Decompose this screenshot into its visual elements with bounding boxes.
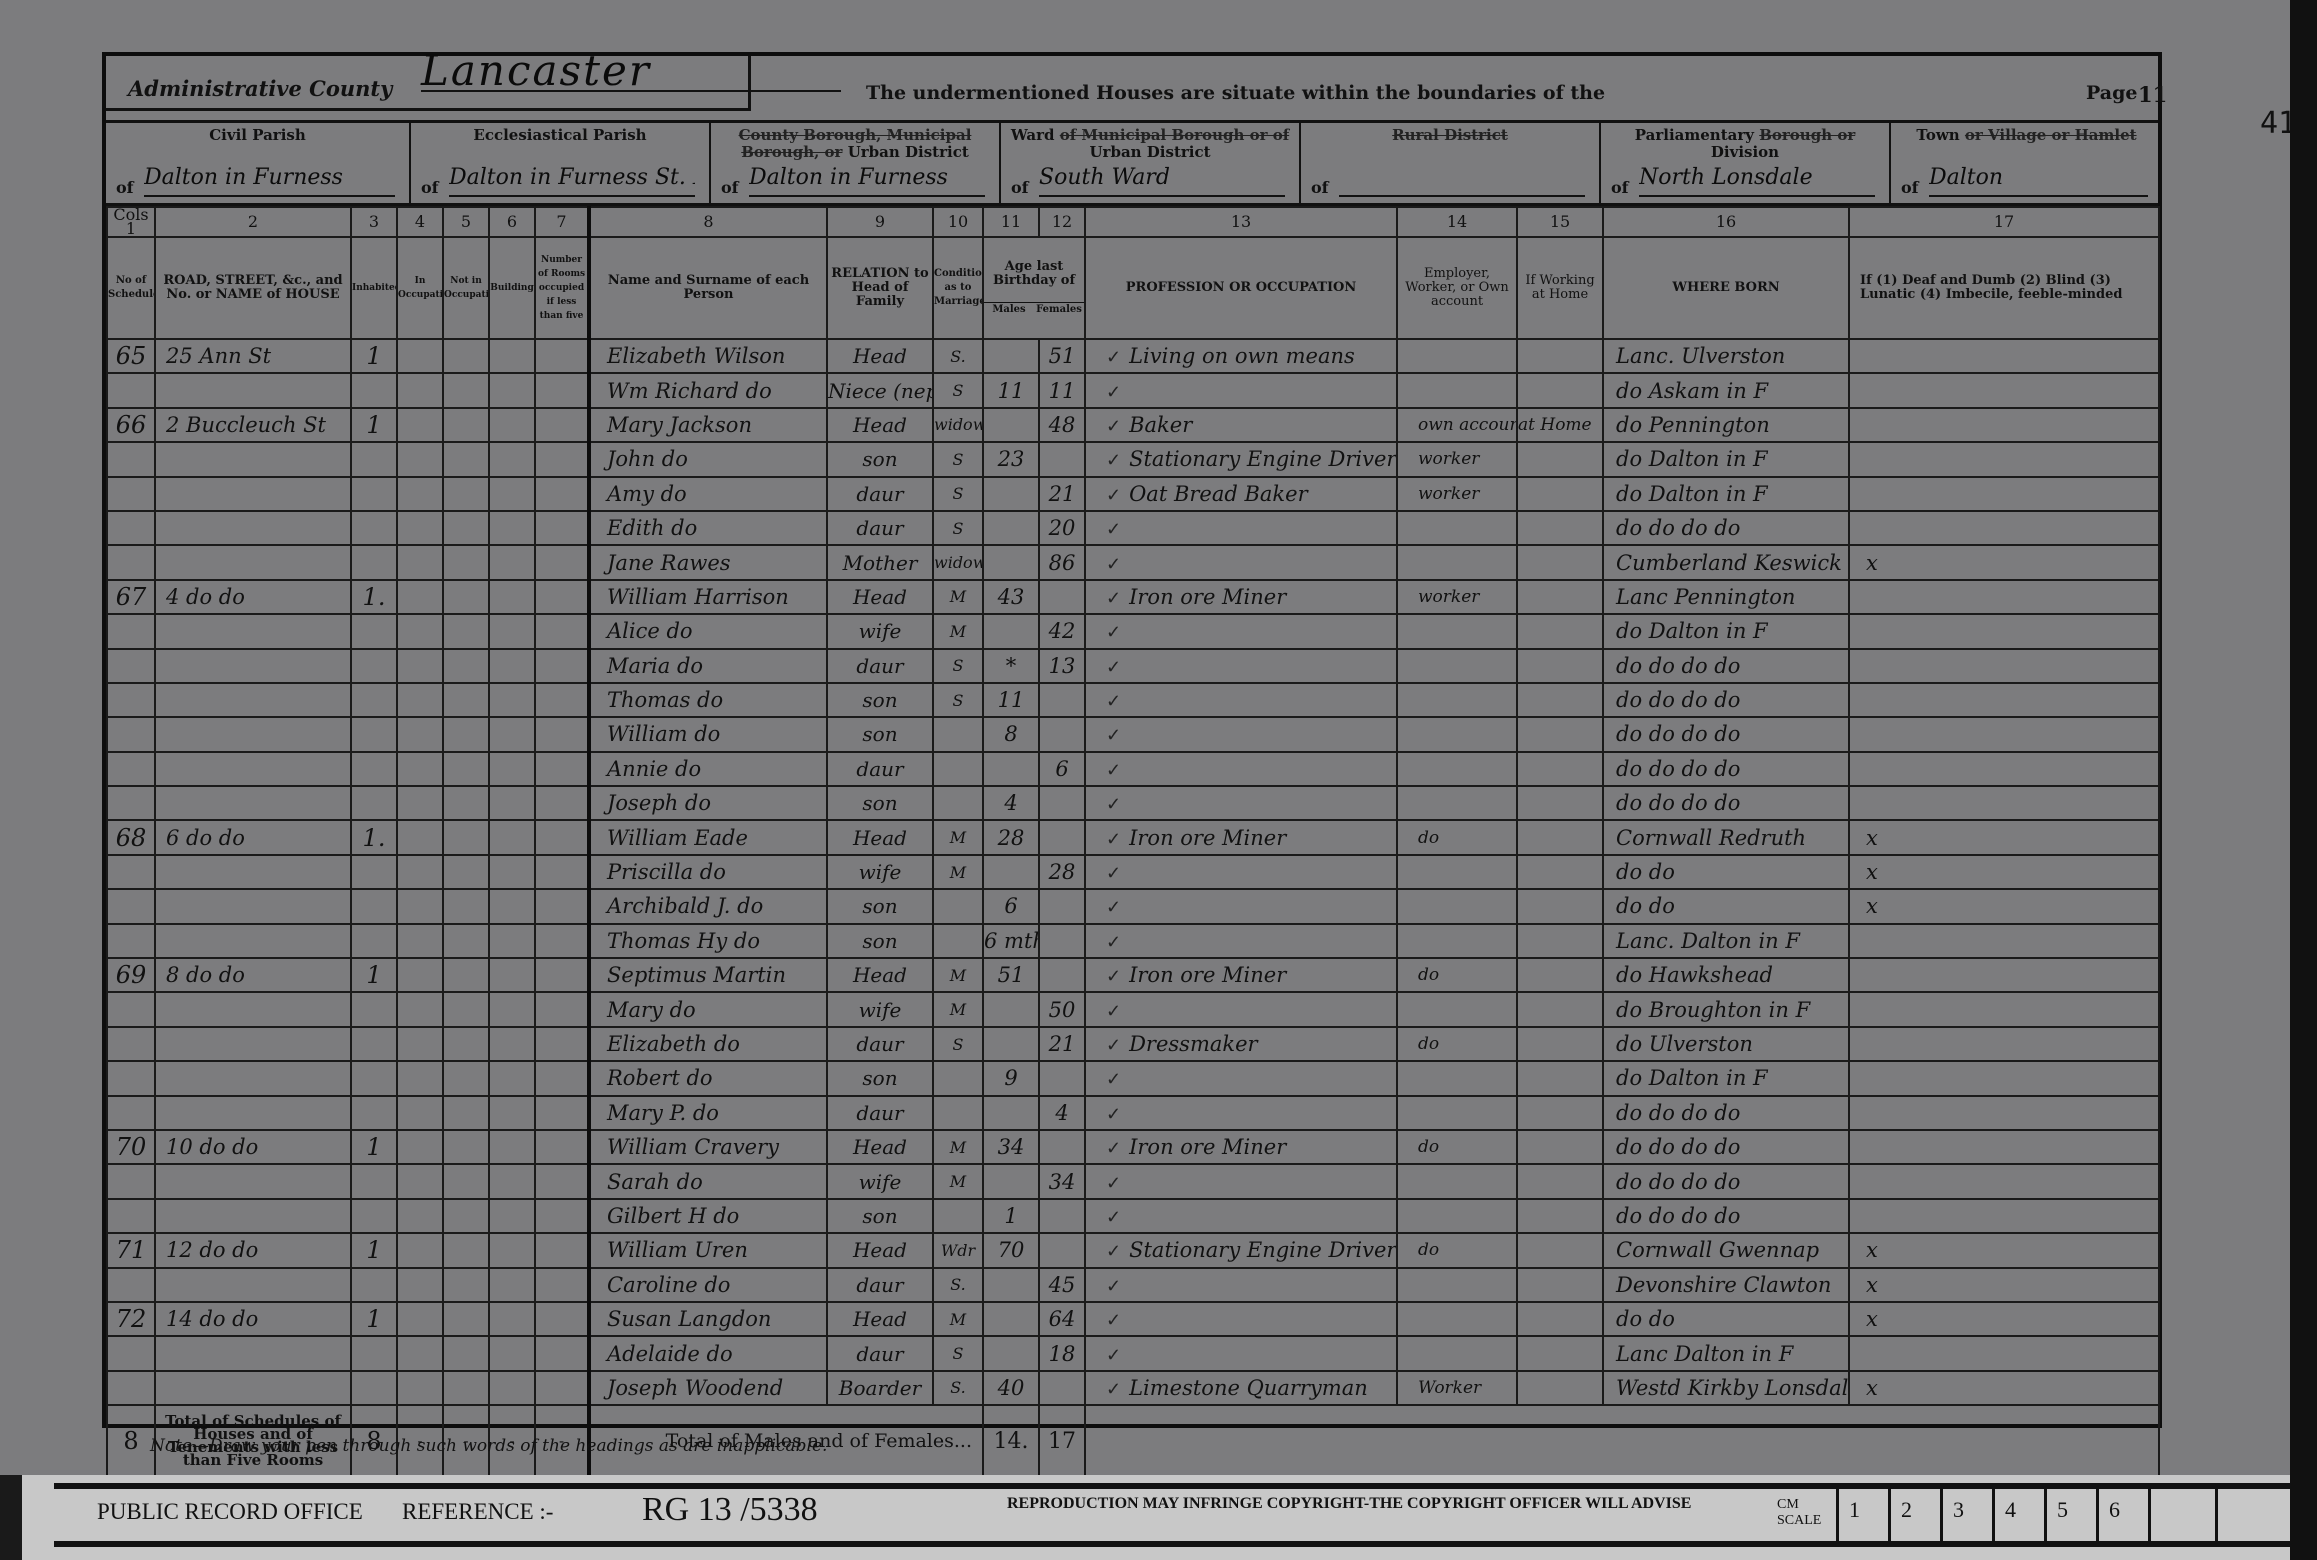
cell-empty [535,820,589,854]
cell-cond: S [933,1027,983,1061]
cell-rel: son [827,442,933,476]
cell-addr [155,683,351,717]
check-mark-icon: ✓ [1106,657,1121,678]
cell-addr [155,1336,351,1370]
cell-m: 43 [983,580,1039,614]
cell-f: 51 [1039,339,1085,373]
cell-empty [443,924,489,958]
cell-emp [1397,992,1517,1026]
cell-inhab: 1 [351,1302,397,1336]
cell-occ: ✓ [1085,752,1397,786]
cell-inf [1849,992,2159,1026]
cell-rel: Head [827,408,933,442]
check-mark-icon: ✓ [1106,1241,1121,1262]
cell-empty [489,924,535,958]
cell-inhab [351,1164,397,1198]
cell-empty [535,1096,589,1130]
cm-scale-label: CMSCALE [1777,1497,1821,1529]
area-3: Ward of Municipal Borough or of Urban Di… [1001,123,1301,203]
cell-name: William Cravery [589,1130,827,1164]
cell-empty [443,992,489,1026]
cell-emp [1397,373,1517,407]
cell-empty [397,717,443,751]
table-row: Joseph doson4✓do do do do [107,786,2159,820]
cell-f: 21 [1039,1027,1085,1061]
check-mark-icon: ✓ [1106,829,1121,850]
area-value: North Lonsdale [1639,165,1875,197]
cell-empty [489,1164,535,1198]
cell-empty [397,442,443,476]
cell-home [1517,1336,1603,1370]
cell-empty [443,580,489,614]
cell-cond: S [933,1336,983,1370]
cell-inf [1849,1164,2159,1198]
cell-sched [107,477,155,511]
cell-inhab [351,683,397,717]
table-row: Mary dowifeM50✓do Broughton in F [107,992,2159,1026]
cell-occ: ✓Iron ore Miner [1085,1130,1397,1164]
area-of-label: of [1011,178,1029,197]
cell-born: do Dalton in F [1603,1061,1849,1095]
cell-inhab: 1 [351,1130,397,1164]
table-row: Adelaide dodaurS18✓Lanc Dalton in F [107,1336,2159,1370]
area-value: Dalton [1929,165,2148,197]
cell-emp [1397,924,1517,958]
cell-empty [535,1233,589,1267]
cell-inhab: 1. [351,580,397,614]
cell-f: 48 [1039,408,1085,442]
cell-sched [107,855,155,889]
cell-f [1039,1130,1085,1164]
cell-name: Robert do [589,1061,827,1095]
cell-emp [1397,752,1517,786]
cell-empty [489,408,535,442]
cell-m [983,1164,1039,1198]
cell-sched [107,1061,155,1095]
cell-empty [535,477,589,511]
area-headings: Civil ParishofDalton in FurnessEcclesias… [106,120,2158,206]
header-inhabited: Inhabited [351,237,397,339]
cell-sched [107,924,155,958]
check-mark-icon: ✓ [1106,554,1121,575]
cell-f: 28 [1039,855,1085,889]
cell-home [1517,924,1603,958]
census-form: Administrative County Lancaster The unde… [102,52,2162,1428]
census-sheet: Administrative County Lancaster The unde… [0,0,2317,1475]
column-number: 3 [351,207,397,237]
cell-empty [443,614,489,648]
cell-empty [535,752,589,786]
cell-empty [443,1268,489,1302]
check-mark-icon: ✓ [1106,347,1121,368]
cell-rel: Head [827,1233,933,1267]
cell-inf: x [1849,889,2159,923]
cell-inhab [351,855,397,889]
cell-empty [397,477,443,511]
cell-inf: x [1849,1302,2159,1336]
cell-addr [155,1061,351,1095]
cell-born: Cornwall Gwennap [1603,1233,1849,1267]
header-males: Males [984,303,1034,317]
cell-empty [535,1336,589,1370]
cell-sched [107,545,155,579]
header-building: Building [489,237,535,339]
table-row: 698 do do1Septimus MartinHeadM51✓Iron or… [107,958,2159,992]
header-females: Females [1034,303,1084,317]
cell-empty [397,614,443,648]
cell-cond [933,786,983,820]
cell-empty [443,442,489,476]
cell-m [983,408,1039,442]
cell-rel: daur [827,752,933,786]
cell-home [1517,442,1603,476]
cell-home [1517,1061,1603,1095]
cell-emp [1397,717,1517,751]
cell-inhab [351,1336,397,1370]
cell-empty [489,545,535,579]
cell-empty [397,1199,443,1233]
cell-rel: daur [827,649,933,683]
area-label: Civil Parish [106,127,409,144]
cell-home [1517,786,1603,820]
cell-inhab [351,786,397,820]
cell-empty [535,442,589,476]
cell-empty [397,511,443,545]
cell-born: do Dalton in F [1603,477,1849,511]
cell-m: 4 [983,786,1039,820]
cell-m [983,752,1039,786]
area-0: Civil ParishofDalton in Furness [106,123,411,203]
cell-born: do do do do [1603,1130,1849,1164]
cell-name: Mary Jackson [589,408,827,442]
cell-empty [397,683,443,717]
cell-cond [933,1096,983,1130]
area-value: Dalton in Furness [749,165,985,197]
table-row: Jane RawesMotherwidow86✓Cumberland Keswi… [107,545,2159,579]
cell-inhab [351,545,397,579]
scale-tick [2148,1489,2218,1541]
cell-home [1517,992,1603,1026]
cell-emp: do [1397,1130,1517,1164]
cell-inf [1849,408,2159,442]
cell-sched [107,1027,155,1061]
cell-rel: Head [827,1130,933,1164]
cell-inhab: 1 [351,408,397,442]
header-employer: Employer, Worker, or Own account [1397,237,1517,339]
cell-empty [489,752,535,786]
cell-name: William Eade [589,820,827,854]
cell-addr [155,752,351,786]
cell-empty [443,1061,489,1095]
column-number: Cols 1 [107,207,155,237]
cell-emp: do [1397,958,1517,992]
occupation-text: Stationary Engine Driver [1129,447,1396,471]
cell-f [1039,717,1085,751]
cell-f: 86 [1039,545,1085,579]
cell-empty [443,1233,489,1267]
cell-occ: ✓ [1085,1096,1397,1130]
cell-f: 4 [1039,1096,1085,1130]
cell-inhab [351,442,397,476]
area-5: Parliamentary Borough or DivisionofNorth… [1601,123,1891,203]
cell-name: Mary P. do [589,1096,827,1130]
cell-cond: S [933,477,983,511]
cell-emp [1397,1061,1517,1095]
cell-empty [489,958,535,992]
copyright-notice: REPRODUCTION MAY INFRINGE COPYRIGHT-THE … [1007,1495,1691,1513]
cell-inf [1849,1130,2159,1164]
cell-inf [1849,477,2159,511]
cell-inf [1849,1061,2159,1095]
cell-emp [1397,511,1517,545]
cell-born: Lanc Dalton in F [1603,1336,1849,1370]
header-schedule: No of Schedule [107,237,155,339]
cell-empty [489,855,535,889]
check-mark-icon: ✓ [1106,485,1121,506]
column-number: 16 [1603,207,1849,237]
cell-empty [489,339,535,373]
cell-m: 6 mths [983,924,1039,958]
cell-empty [535,1027,589,1061]
cell-occ: ✓Stationary Engine Driver [1085,442,1397,476]
column-number: 17 [1849,207,2159,237]
cell-empty [397,1061,443,1095]
cell-m [983,1336,1039,1370]
cell-born: do do do do [1603,717,1849,751]
cell-rel: son [827,1199,933,1233]
cell-emp [1397,1336,1517,1370]
cell-occ: ✓ [1085,614,1397,648]
cell-name: Caroline do [589,1268,827,1302]
cell-empty [443,511,489,545]
cell-m: 70 [983,1233,1039,1267]
cell-m [983,614,1039,648]
table-row: Maria dodaurS*13✓do do do do [107,649,2159,683]
check-mark-icon: ✓ [1106,588,1121,609]
occupation-text: Iron ore Miner [1129,826,1286,850]
cell-empty [535,1130,589,1164]
cell-emp: do [1397,1027,1517,1061]
cell-name: Septimus Martin [589,958,827,992]
cell-cond [933,924,983,958]
cell-f [1039,442,1085,476]
cell-occ: ✓Living on own means [1085,339,1397,373]
cell-cond: S. [933,1371,983,1405]
cell-empty [443,1096,489,1130]
table-row: 7112 do do1William UrenHeadWdr70✓Station… [107,1233,2159,1267]
cell-addr [155,855,351,889]
cell-empty [397,889,443,923]
cell-empty [535,1371,589,1405]
cell-addr: 14 do do [155,1302,351,1336]
cell-born: do Askam in F [1603,373,1849,407]
cell-addr [155,1096,351,1130]
area-1: Ecclesiastical ParishofDalton in Furness… [411,123,711,203]
table-row: Robert doson9✓do Dalton in F [107,1061,2159,1095]
cell-occ: ✓ [1085,1336,1397,1370]
cell-cond: S. [933,339,983,373]
cell-empty [397,1302,443,1336]
cell-name: Elizabeth Wilson [589,339,827,373]
cell-inhab: 1 [351,958,397,992]
cell-m: 11 [983,373,1039,407]
cell-empty [535,1268,589,1302]
cell-born: do do do do [1603,786,1849,820]
table-row: Alice dowifeM42✓do Dalton in F [107,614,2159,648]
column-number: 11 [983,207,1039,237]
cell-empty [489,580,535,614]
cell-home [1517,752,1603,786]
cell-rel: Head [827,339,933,373]
cell-born: Cornwall Redruth [1603,820,1849,854]
column-number: 12 [1039,207,1085,237]
cell-born: Lanc. Dalton in F [1603,924,1849,958]
header-age-label: Age last Birthday of [984,260,1084,288]
cell-rel: son [827,717,933,751]
cell-empty [535,958,589,992]
header-where-born: WHERE BORN [1603,237,1849,339]
check-mark-icon: ✓ [1106,1345,1121,1366]
cell-sched [107,649,155,683]
cell-f [1039,1061,1085,1095]
cell-empty [535,1061,589,1095]
cell-inf [1849,614,2159,648]
cell-empty [443,408,489,442]
cell-born: do do [1603,855,1849,889]
occupation-text: Oat Bread Baker [1129,482,1308,506]
cell-rel: Niece (nephew) [827,373,933,407]
table-row: Priscilla dowifeM28✓do dox [107,855,2159,889]
cell-m: 51 [983,958,1039,992]
table-row: John dosonS23✓Stationary Engine Driverwo… [107,442,2159,476]
cell-occ: ✓ [1085,373,1397,407]
cell-addr: 8 do do [155,958,351,992]
cell-empty [397,580,443,614]
cell-rel: Head [827,1302,933,1336]
cell-born: Cumberland Keswick [1603,545,1849,579]
area-value: South Ward [1039,165,1285,197]
cell-f: 13 [1039,649,1085,683]
cell-name: Priscilla do [589,855,827,889]
cell-empty [489,373,535,407]
cell-f: 20 [1039,511,1085,545]
area-label: Town or Village or Hamlet [1891,127,2162,144]
cell-empty [535,339,589,373]
boundaries-text: The undermentioned Houses are situate wi… [866,82,1605,104]
header-occupation: PROFESSION OR OCCUPATION [1085,237,1397,339]
cell-m: * [983,649,1039,683]
cell-empty [397,1027,443,1061]
cell-sched: 66 [107,408,155,442]
cell-m: 28 [983,820,1039,854]
cell-occ: ✓Limestone Quarryman [1085,1371,1397,1405]
occupation-text: Iron ore Miner [1129,963,1286,987]
table-row: Annie dodaur6✓do do do do [107,752,2159,786]
cell-empty [397,992,443,1026]
cell-cond [933,889,983,923]
area-label: Rural District [1301,127,1599,144]
scale-tick: 1 [1836,1489,1888,1541]
cell-sched [107,717,155,751]
check-mark-icon: ✓ [1106,1173,1121,1194]
cell-inhab [351,649,397,683]
cell-empty [443,373,489,407]
cell-occ: ✓ [1085,992,1397,1026]
cell-emp [1397,649,1517,683]
cell-emp [1397,855,1517,889]
cell-occ: ✓ [1085,649,1397,683]
cell-inhab [351,1096,397,1130]
cell-f [1039,1371,1085,1405]
cell-empty [397,339,443,373]
cell-born: do Ulverston [1603,1027,1849,1061]
cell-empty [443,717,489,751]
cell-empty [535,614,589,648]
cell-f: 45 [1039,1268,1085,1302]
cell-name: Amy do [589,477,827,511]
table-row: Wm Richard doNiece (nephew)S1111✓do Aska… [107,373,2159,407]
cell-empty [443,889,489,923]
cell-born: Westd Kirkby Lonsdale [1603,1371,1849,1405]
cell-empty [489,717,535,751]
cell-name: Edith do [589,511,827,545]
cell-born: do do [1603,1302,1849,1336]
page-number: 11 [2138,82,2167,107]
cell-f [1039,889,1085,923]
cell-inhab: 1. [351,820,397,854]
census-table: Cols 1234567891011121314151617 No of Sch… [106,206,2160,1478]
cell-f: 11 [1039,373,1085,407]
cell-born: do do do do [1603,683,1849,717]
cell-emp: worker [1397,442,1517,476]
cell-sched [107,889,155,923]
cell-home [1517,1371,1603,1405]
cell-rel: son [827,683,933,717]
cell-occ: ✓ [1085,1302,1397,1336]
cell-addr [155,786,351,820]
cell-occ: ✓ [1085,855,1397,889]
cell-occ: ✓ [1085,1061,1397,1095]
cell-cond: M [933,820,983,854]
occupation-text: Living on own means [1129,344,1355,368]
cell-inhab: 1 [351,339,397,373]
cell-m: 40 [983,1371,1039,1405]
cell-rel: daur [827,1336,933,1370]
cell-emp: do [1397,820,1517,854]
scale-label: SCALE [1777,1513,1821,1528]
cell-home [1517,1302,1603,1336]
cell-addr [155,511,351,545]
cell-f: 6 [1039,752,1085,786]
cell-sched: 67 [107,580,155,614]
cell-addr [155,649,351,683]
cell-cond: M [933,1302,983,1336]
cell-rel: Mother [827,545,933,579]
cell-inf [1849,1199,2159,1233]
total-schedules: 8 [107,1405,155,1477]
admin-county-value: Lancaster [421,46,841,92]
cell-inf [1849,683,2159,717]
cell-empty [397,786,443,820]
cell-emp [1397,545,1517,579]
cell-m [983,511,1039,545]
scale-tick: 4 [1992,1489,2044,1541]
area-label: Ward of Municipal Borough or of Urban Di… [1001,127,1299,161]
column-number: 2 [155,207,351,237]
cell-cond: S [933,511,983,545]
cell-born: do Dalton in F [1603,442,1849,476]
scale-tick: 3 [1940,1489,1992,1541]
